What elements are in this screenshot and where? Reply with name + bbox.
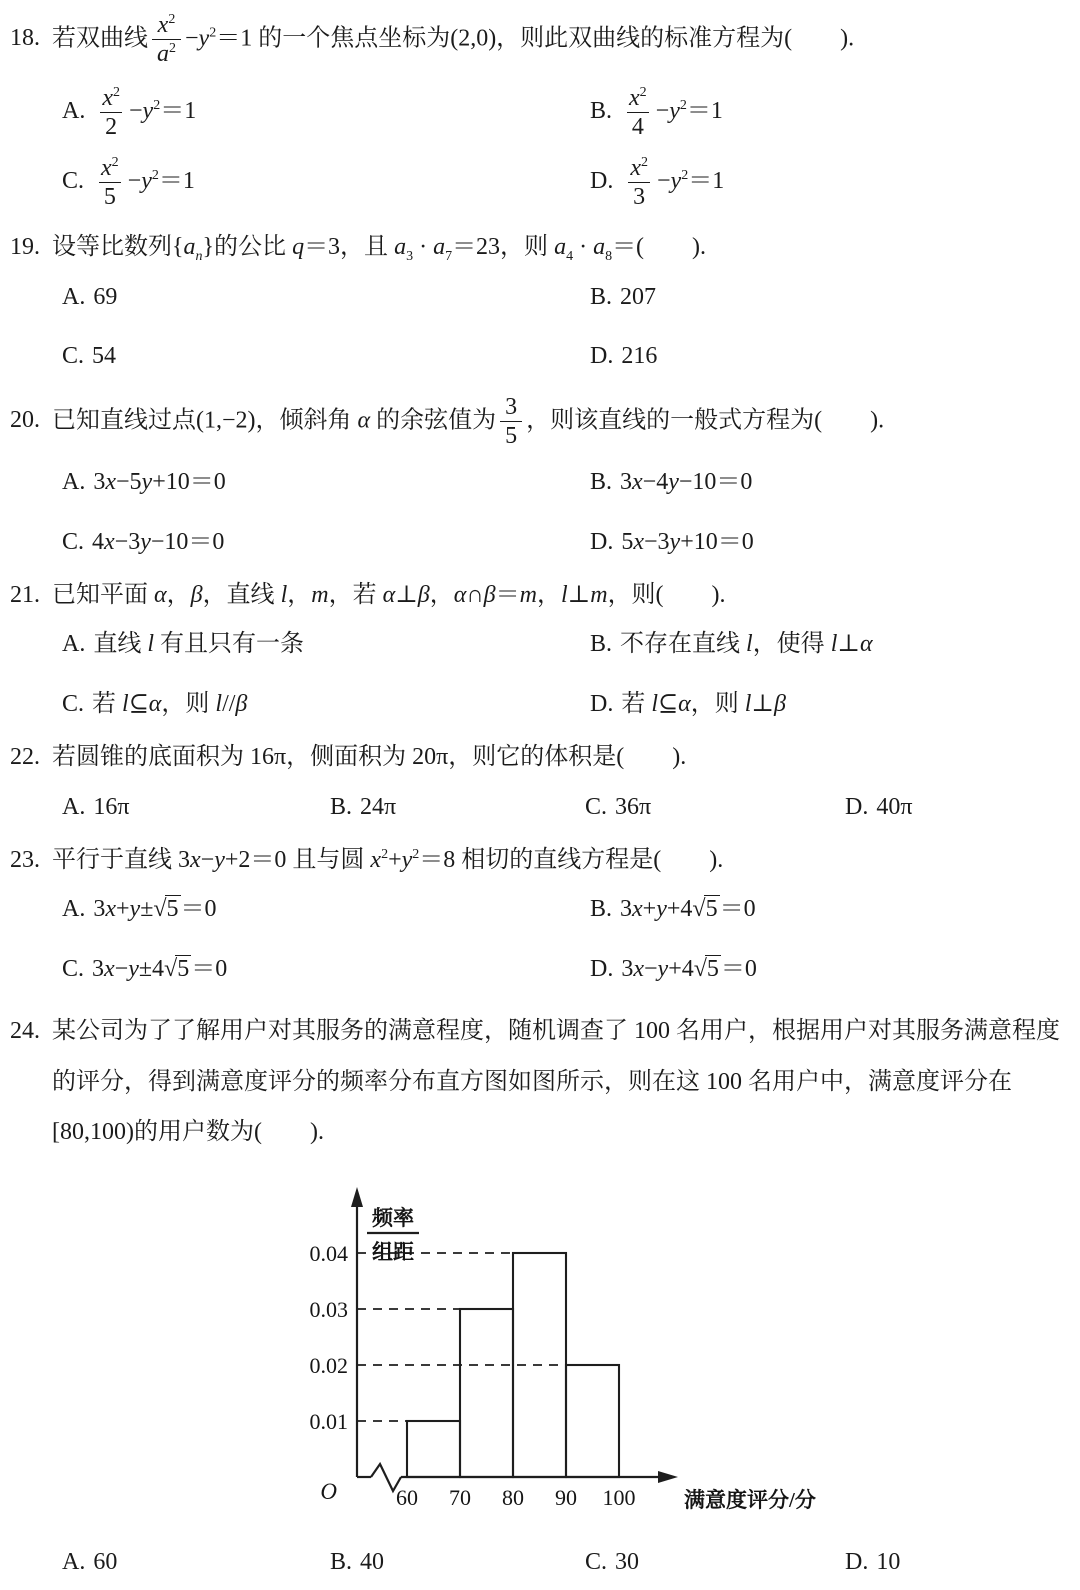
option-text: 207 [620,284,656,310]
svg-text:80: 80 [502,1485,524,1510]
question-stem: 若圆锥的底面积为 16π，侧面积为 20π，则它的体积是( ). [52,741,1070,773]
question-22: 22. 若圆锥的底面积为 16π，侧面积为 20π，则它的体积是( ). A.1… [10,741,1070,823]
option-text: 10 [876,1549,900,1575]
option-a[interactable]: A.3x+y±√5＝0 [62,893,590,925]
option-grid: A.直线 l 有且只有一条 B.不存在直线 l，使得 l⊥α C.若 l⊆α，则… [10,628,1070,720]
question-19: 19. 设等比数列{an}的公比 q＝3，且 a3 · a7＝23，则 a4 ·… [10,231,1070,372]
option-text: 69 [93,284,117,310]
option-b[interactable]: B.207 [590,281,1070,313]
option-grid: A.3x+y±√5＝0 B.3x+y+4√5＝0 C.3x−y±4√5＝0 D.… [10,893,1070,985]
option-label: C. [62,529,84,555]
question-stem: 已知直线过点(1,−2)，倾斜角 α 的余弦值为35，则该直线的一般式方程为( … [52,394,1070,450]
question-stem: 平行于直线 3x−y+2＝0 且与圆 x2+y2＝8 相切的直线方程是( ). [52,844,1070,876]
option-text: 36π [615,794,651,820]
option-label: D. [590,956,613,982]
svg-text:60: 60 [396,1485,418,1510]
option-d[interactable]: D.3x−y+4√5＝0 [590,953,1070,985]
option-label: B. [590,631,612,657]
option-text: 16π [93,794,129,820]
option-c[interactable]: C.若 l⊆α，则 l//β [62,688,590,720]
option-text: 40π [876,794,912,820]
option-b[interactable]: B.3x−4y−10＝0 [590,466,1070,498]
svg-text:组距: 组距 [372,1240,414,1264]
option-grid: A.69 B.207 C.54 D.216 [10,281,1070,373]
question-number: 23. [10,844,52,876]
option-label: C. [62,168,84,194]
option-c[interactable]: C.x25−y2＝1 [62,155,590,211]
option-text: 60 [93,1549,117,1575]
option-label: B. [590,284,612,310]
option-text: 30 [615,1549,639,1575]
option-b[interactable]: B.x24−y2＝1 [590,85,1070,141]
svg-text:0.02: 0.02 [310,1353,349,1378]
option-label: A. [62,631,85,657]
histogram-svg: 607080901000.010.020.030.04O频率组距满意度评分/分 [302,1167,867,1519]
svg-text:70: 70 [449,1485,471,1510]
option-d[interactable]: D.10 [845,1546,1070,1578]
option-text: 5x−3y+10＝0 [621,529,753,555]
option-a[interactable]: A.x22−y2＝1 [62,85,590,141]
option-grid: A.60 B.40 C.30 D.10 [10,1546,1070,1578]
option-b[interactable]: B.不存在直线 l，使得 l⊥α [590,628,1070,660]
option-label: B. [590,469,612,495]
option-a[interactable]: A.16π [62,791,330,823]
option-text: 不存在直线 l，使得 l⊥α [620,631,873,657]
option-label: D. [590,691,613,717]
option-label: B. [590,98,612,124]
option-label: C. [585,794,607,820]
option-grid: A.3x−5y+10＝0 B.3x−4y−10＝0 C.4x−3y−10＝0 D… [10,466,1070,558]
option-text: 40 [360,1549,384,1575]
question-stem: 某公司为了了解用户对其服务的满意程度，随机调查了 100 名用户，根据用户对其服… [52,1006,1070,1157]
option-c[interactable]: C.3x−y±4√5＝0 [62,953,590,985]
option-label: C. [585,1549,607,1575]
question-number: 19. [10,231,52,263]
option-label: B. [330,1549,352,1575]
option-label: D. [845,1549,868,1575]
option-text: 3x+y±√5＝0 [93,896,216,922]
option-text: 3x−y+4√5＝0 [621,956,757,982]
question-21: 21. 已知平面 α，β，直线 l，m，若 α⊥β，α∩β＝m，l⊥m，则( )… [10,579,1070,720]
question-number: 21. [10,579,52,611]
frequency-histogram: 607080901000.010.020.030.04O频率组距满意度评分/分 [302,1167,867,1528]
option-text: 54 [92,343,116,369]
option-label: C. [62,956,84,982]
question-number: 18. [10,22,52,54]
option-d[interactable]: D.若 l⊆α，则 l⊥β [590,688,1070,720]
option-c[interactable]: C.36π [585,791,845,823]
option-label: D. [590,168,613,194]
svg-text:90: 90 [555,1485,577,1510]
option-label: C. [62,691,84,717]
svg-text:满意度评分/分: 满意度评分/分 [684,1488,816,1512]
question-18: 18. 若双曲线x2a2−y2＝1 的一个焦点坐标为(2,0)，则此双曲线的标准… [10,12,1070,210]
svg-text:0.04: 0.04 [310,1241,349,1266]
svg-text:0.03: 0.03 [310,1297,349,1322]
option-a[interactable]: A.69 [62,281,590,313]
question-23: 23. 平行于直线 3x−y+2＝0 且与圆 x2+y2＝8 相切的直线方程是(… [10,844,1070,985]
exam-page: 18. 若双曲线x2a2−y2＝1 的一个焦点坐标为(2,0)，则此双曲线的标准… [10,12,1070,1578]
option-c[interactable]: C.30 [585,1546,845,1578]
option-label: D. [845,794,868,820]
option-text: 3x−4y−10＝0 [620,469,752,495]
option-label: A. [62,794,85,820]
option-c[interactable]: C.54 [62,340,590,372]
option-b[interactable]: B.24π [330,791,585,823]
option-d[interactable]: D.40π [845,791,1070,823]
option-label: A. [62,1549,85,1575]
option-text: x24−y2＝1 [620,98,723,124]
option-label: A. [62,98,85,124]
svg-text:频率: 频率 [372,1206,414,1230]
option-text: x22−y2＝1 [93,98,196,124]
option-label: C. [62,343,84,369]
option-a[interactable]: A.直线 l 有且只有一条 [62,628,590,660]
option-text: 4x−3y−10＝0 [92,529,224,555]
option-d[interactable]: D.5x−3y+10＝0 [590,526,1070,558]
svg-text:100: 100 [603,1485,636,1510]
option-label: D. [590,343,613,369]
question-number: 20. [10,404,52,436]
option-label: A. [62,469,85,495]
option-text: 若 l⊆α，则 l//β [92,691,247,717]
question-24: 24. 某公司为了了解用户对其服务的满意程度，随机调查了 100 名用户，根据用… [10,1006,1070,1578]
option-label: B. [590,896,612,922]
option-text: 若 l⊆α，则 l⊥β [621,691,786,717]
option-grid: A.x22−y2＝1 B.x24−y2＝1 C.x25−y2＝1 D.x23−y… [10,85,1070,211]
option-text: 3x−y±4√5＝0 [92,956,227,982]
option-text: x25−y2＝1 [92,168,195,194]
option-label: A. [62,896,85,922]
option-text: 直线 l 有且只有一条 [93,631,304,657]
option-a[interactable]: A.60 [62,1546,330,1578]
option-text: 216 [621,343,657,369]
option-label: D. [590,529,613,555]
option-text: 24π [360,794,396,820]
option-b[interactable]: B.3x+y+4√5＝0 [590,893,1070,925]
option-label: B. [330,794,352,820]
option-b[interactable]: B.40 [330,1546,585,1578]
question-number: 22. [10,741,52,773]
question-number: 24. [10,1015,52,1047]
svg-text:O: O [320,1479,337,1504]
question-stem: 已知平面 α，β，直线 l，m，若 α⊥β，α∩β＝m，l⊥m，则( ). [52,579,1070,611]
option-c[interactable]: C.4x−3y−10＝0 [62,526,590,558]
question-stem: 设等比数列{an}的公比 q＝3，且 a3 · a7＝23，则 a4 · a8＝… [52,231,1070,263]
option-d[interactable]: D.216 [590,340,1070,372]
question-stem: 若双曲线x2a2−y2＝1 的一个焦点坐标为(2,0)，则此双曲线的标准方程为(… [52,12,1070,68]
option-text: 3x−5y+10＝0 [93,469,225,495]
option-text: x23−y2＝1 [621,168,724,194]
svg-text:0.01: 0.01 [310,1409,349,1434]
option-grid: A.16π B.24π C.36π D.40π [10,791,1070,823]
option-label: A. [62,284,85,310]
option-a[interactable]: A.3x−5y+10＝0 [62,466,590,498]
option-text: 3x+y+4√5＝0 [620,896,756,922]
option-d[interactable]: D.x23−y2＝1 [590,155,1070,211]
question-20: 20. 已知直线过点(1,−2)，倾斜角 α 的余弦值为35，则该直线的一般式方… [10,394,1070,559]
